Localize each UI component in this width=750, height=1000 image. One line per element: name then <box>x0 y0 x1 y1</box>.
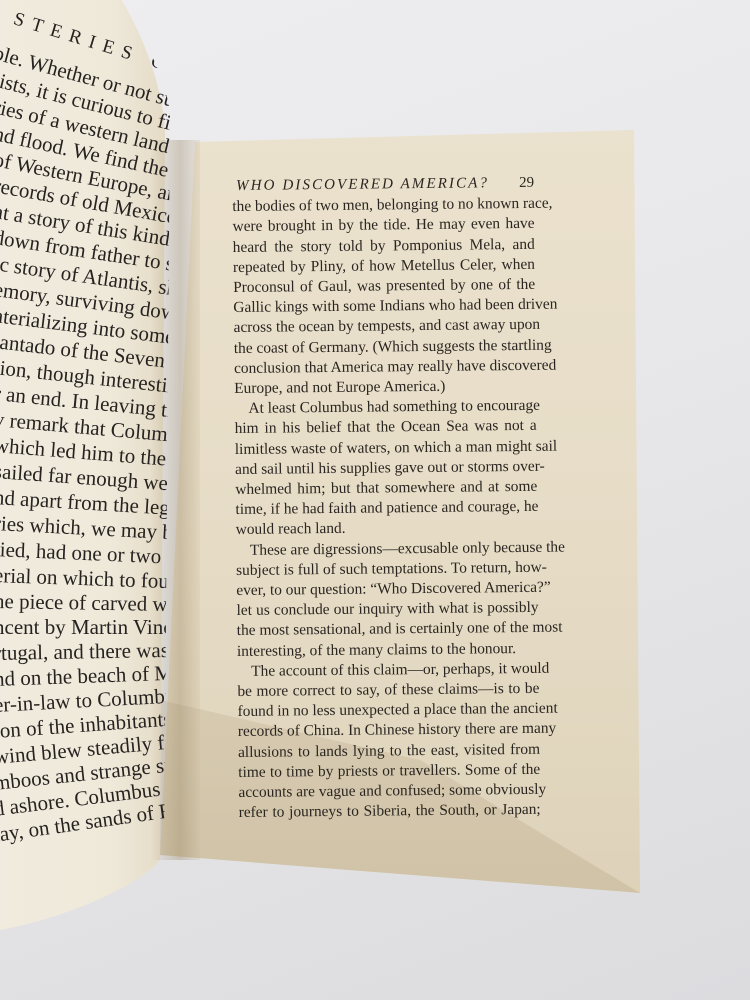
right-page-text: WHO DISCOVERED AMERICA? 29 the bodies of… <box>232 173 541 824</box>
page-number: 29 <box>519 173 534 193</box>
text-line: records of China. In Chinese history the… <box>238 719 540 742</box>
text-line: time, if he had faith and patience and c… <box>235 497 537 520</box>
text-line: him in his belief that the Ocean Sea was… <box>235 416 537 439</box>
running-head-title: WHO DISCOVERED AMERICA? <box>236 173 489 196</box>
text-line: were brought in by the tide. He may even… <box>232 214 534 237</box>
text-line: across the ocean by tempests, and cast a… <box>233 315 535 338</box>
running-head: WHO DISCOVERED AMERICA? 29 <box>236 173 534 196</box>
text-line: refer to journeys to Siberia, the South,… <box>239 800 541 823</box>
text-line: the most sensational, and is certainly o… <box>237 618 539 641</box>
text-line: conclusion that America may really have … <box>234 356 536 379</box>
